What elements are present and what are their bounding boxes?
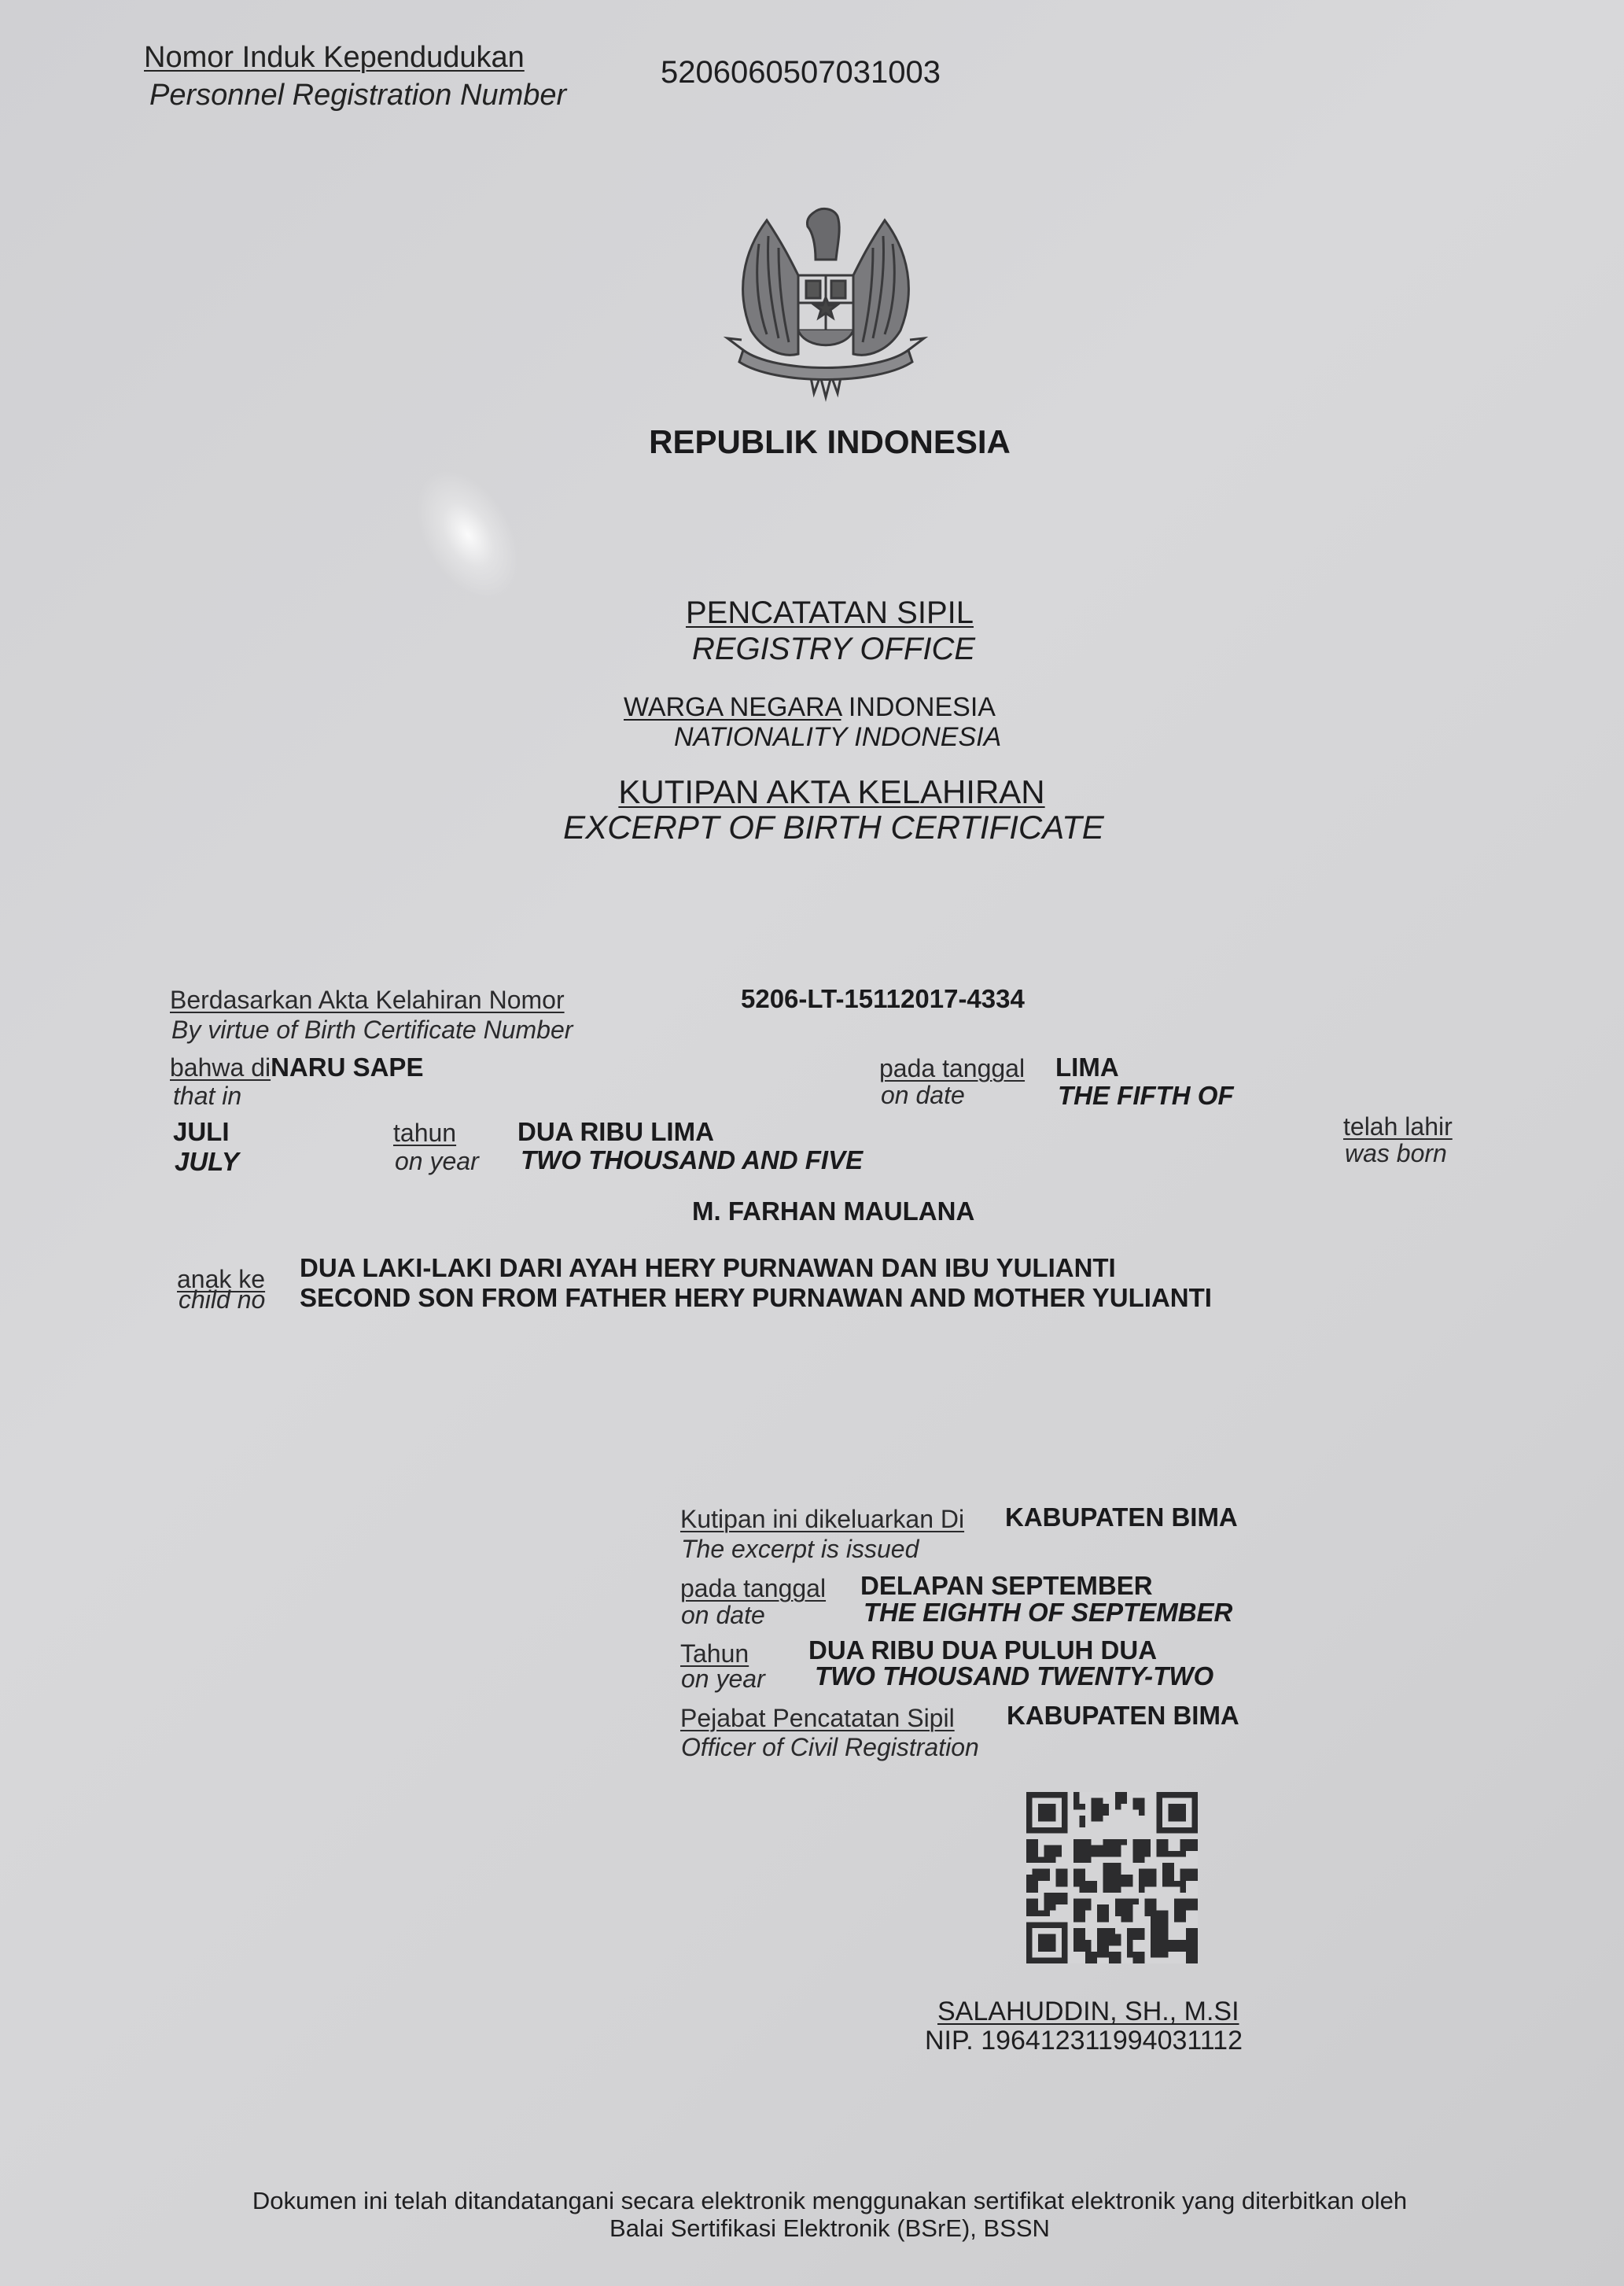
garuda-pancasila-emblem-icon bbox=[720, 205, 932, 409]
officer-value: KABUPATEN BIMA bbox=[1007, 1702, 1239, 1730]
officer-label: Pejabat Pencatatan Sipil bbox=[680, 1705, 955, 1732]
birth-place-row: bahwa diNARU SAPE bbox=[170, 1054, 423, 1082]
nationality-row: WARGA NEGARA INDONESIA bbox=[624, 692, 996, 723]
nik-label: Nomor Induk Kependudukan bbox=[144, 42, 525, 74]
birth-year-value: DUA RIBU LIMA bbox=[517, 1119, 714, 1146]
birth-year-label: tahun bbox=[393, 1120, 456, 1147]
qr-code-icon bbox=[1022, 1792, 1202, 1963]
issued-year-label: Tahun bbox=[680, 1641, 749, 1668]
nik-value: 5206060507031003 bbox=[661, 55, 941, 90]
officer-label-en: Officer of Civil Registration bbox=[681, 1735, 979, 1761]
doc-title: KUTIPAN AKTA KELAHIRAN bbox=[0, 773, 1624, 811]
birth-date-label-en: on date bbox=[881, 1082, 965, 1109]
footer-line-1: Dokumen ini telah ditandatangani secara … bbox=[0, 2187, 1624, 2215]
signatory-nip: NIP. 196412311994031112 bbox=[925, 2026, 1243, 2056]
nationality-label: WARGA NEGARA bbox=[624, 692, 841, 722]
footer-line-2: Balai Sertifikasi Elektronik (BSrE), BSS… bbox=[0, 2214, 1624, 2243]
issued-date-label: pada tanggal bbox=[680, 1576, 826, 1602]
signatory-name: SALAHUDDIN, SH., M.SI bbox=[937, 1997, 1239, 2027]
child-description: DUA LAKI-LAKI DARI AYAH HERY PURNAWAN DA… bbox=[300, 1255, 1116, 1282]
birth-month-value: JULI bbox=[173, 1119, 230, 1146]
nationality-value: INDONESIA bbox=[849, 692, 996, 722]
cert-number-label: Berdasarkan Akta Kelahiran Nomor bbox=[170, 987, 565, 1014]
issued-place-label: Kutipan ini dikeluarkan Di bbox=[680, 1506, 964, 1533]
issued-place-label-en: The excerpt is issued bbox=[681, 1536, 919, 1563]
nik-label-en: Personnel Registration Number bbox=[149, 80, 566, 112]
cert-number-value: 5206-LT-15112017-4334 bbox=[741, 986, 1025, 1013]
office-title-en: REGISTRY OFFICE bbox=[0, 632, 1624, 667]
issued-year-value-en: TWO THOUSAND TWENTY-TWO bbox=[815, 1663, 1213, 1691]
issued-place-value: KABUPATEN BIMA bbox=[1005, 1504, 1238, 1532]
doc-title-en: EXCERPT OF BIRTH CERTIFICATE bbox=[0, 809, 1624, 846]
born-label: telah lahir bbox=[1343, 1114, 1453, 1141]
birth-month-value-en: JULY bbox=[175, 1149, 239, 1176]
nationality-row-en: NATIONALITY INDONESIA bbox=[674, 722, 1001, 753]
child-name: M. FARHAN MAULANA bbox=[692, 1198, 974, 1226]
birth-day-value: LIMA bbox=[1055, 1054, 1119, 1082]
birth-year-label-en: on year bbox=[395, 1149, 479, 1175]
cert-number-label-en: By virtue of Birth Certificate Number bbox=[171, 1017, 573, 1044]
child-no-label-en: child no bbox=[179, 1287, 265, 1314]
nationality-value-en: INDONESIA bbox=[854, 722, 1001, 752]
birth-place-label: bahwa di bbox=[170, 1053, 271, 1082]
birth-day-value-en: THE FIFTH OF bbox=[1058, 1082, 1234, 1110]
birth-place-value: NARU SAPE bbox=[271, 1053, 423, 1082]
issued-year-label-en: on year bbox=[681, 1666, 765, 1693]
birth-date-label: pada tanggal bbox=[879, 1056, 1025, 1082]
issued-date-value: DELAPAN SEPTEMBER bbox=[860, 1573, 1153, 1600]
nationality-label-en: NATIONALITY bbox=[674, 722, 847, 752]
office-title: PENCATATAN SIPIL bbox=[0, 595, 1624, 631]
issued-date-value-en: THE EIGHTH OF SEPTEMBER bbox=[864, 1599, 1232, 1627]
born-label-en: was born bbox=[1345, 1141, 1447, 1167]
photo-glare bbox=[395, 452, 540, 618]
issued-year-value: DUA RIBU DUA PULUH DUA bbox=[808, 1637, 1157, 1665]
birth-place-label-en: that in bbox=[173, 1083, 241, 1110]
child-description-en: SECOND SON FROM FATHER HERY PURNAWAN AND… bbox=[300, 1285, 1212, 1312]
country-title: REPUBLIK INDONESIA bbox=[0, 425, 1624, 459]
birth-year-value-en: TWO THOUSAND AND FIVE bbox=[521, 1147, 863, 1174]
issued-date-label-en: on date bbox=[681, 1602, 765, 1629]
